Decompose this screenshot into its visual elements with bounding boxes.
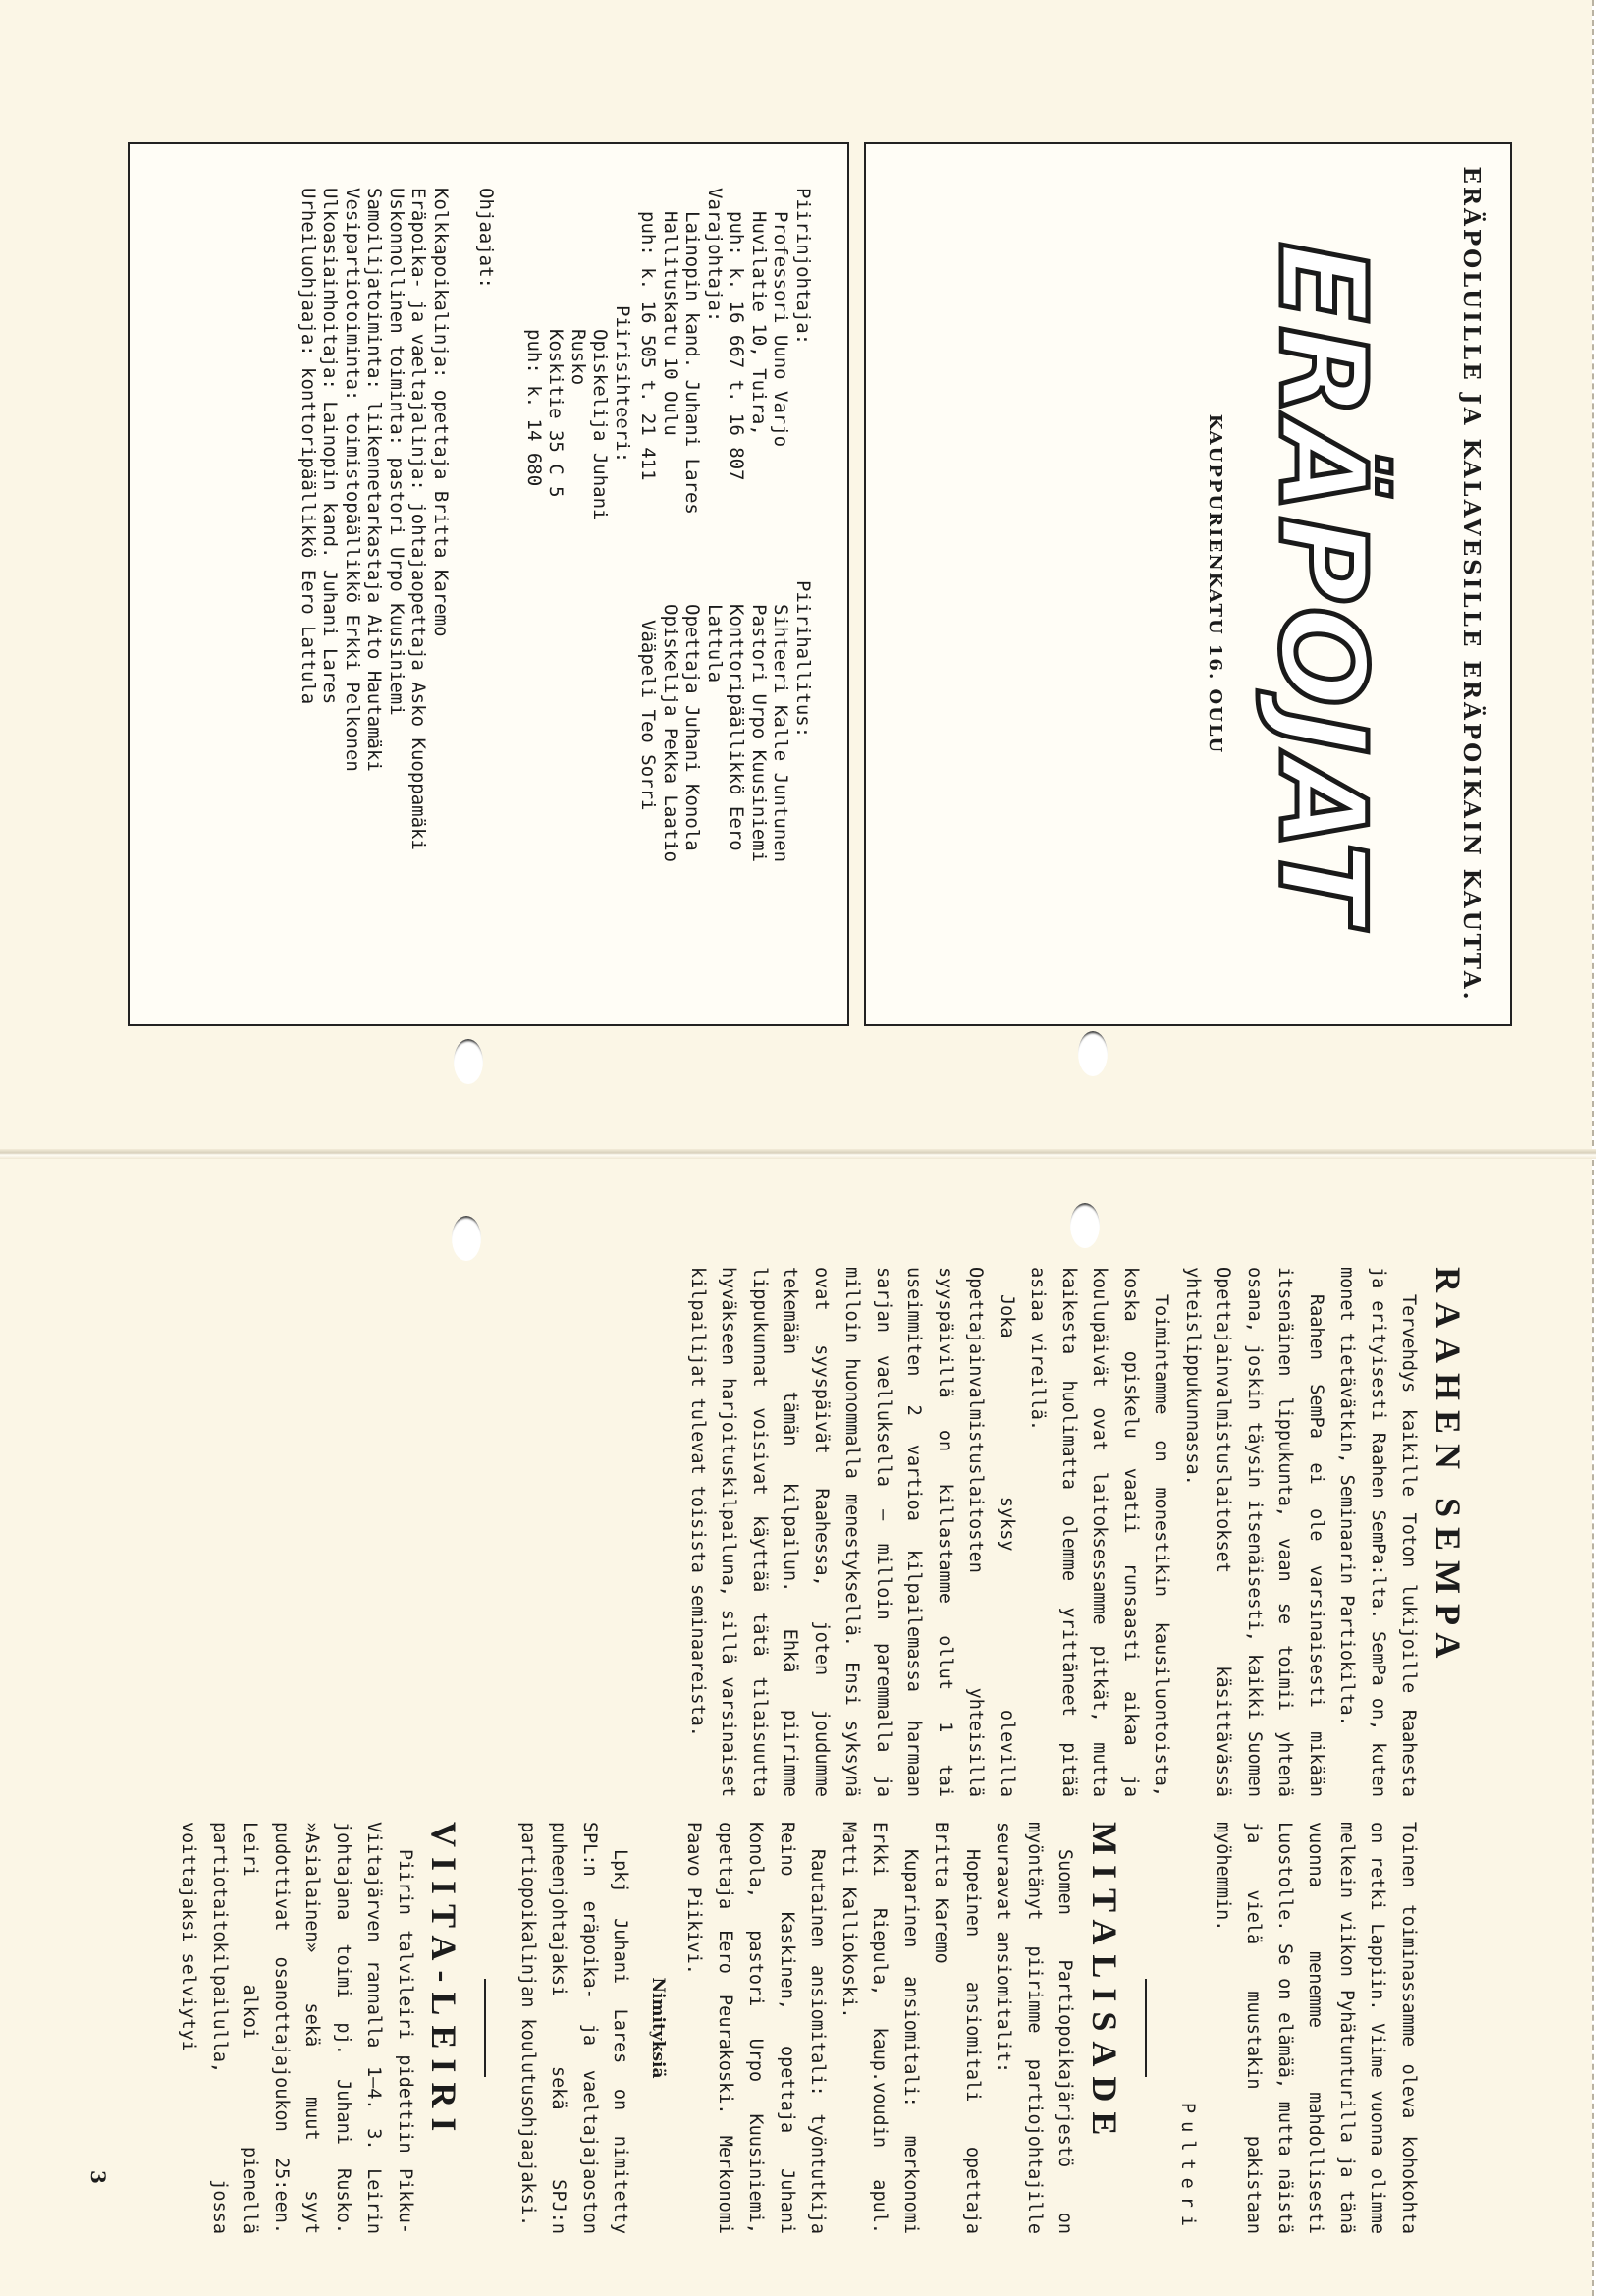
- piirihallitus-label: Piirihallitus:: [792, 580, 815, 973]
- headline-viita-leiri: VIITA-LEIRI: [428, 1822, 460, 2234]
- paragraph: Joka syksy olevilla Opettajainvalmistusl…: [682, 1267, 1023, 1797]
- piirisihteeri-line: Opiskelija Juhani Rusko: [568, 305, 612, 580]
- ohjaaja-line: Samoilijatoiminta: liikennetarkastaja Ai…: [363, 188, 386, 1024]
- paragraph: Suomen Partiopoikajärjestö on myöntänyt …: [988, 1822, 1081, 2234]
- varajohtaja-line: Hallituskatu 10 Oulu: [660, 188, 682, 580]
- leaders-column: Piirinjohtaja: Professori Uuno Varjo Huv…: [523, 188, 815, 580]
- piirihallitus-line: Opettaja Juhani Konola: [681, 580, 704, 973]
- headline-raahen-sempa: RAAHEN SEMPA: [1433, 1267, 1464, 1797]
- page-fold: [0, 1149, 1596, 1159]
- varajohtaja-label: Varajohtaja:: [704, 188, 727, 580]
- ohjaaja-line: Urheiluohjaaja: konttoripäällikkö Eero L…: [298, 188, 320, 1024]
- ohjaaja-line: Kolkkapoikalinja: opettaja Britta Karemo: [430, 188, 453, 1024]
- column-two: Toinen toiminassamme oleva kohokohta on …: [173, 1822, 1424, 2234]
- headline-mitalisade: MITALISADE: [1089, 1822, 1120, 2234]
- ohjaajat-label: Ohjaajat:: [475, 188, 498, 1024]
- ad-headline: ERÄPOLUILLE JA KALAVESILLE ERÄPOIKAIN KA…: [1458, 144, 1485, 1024]
- piirihallitus-line: Vääpeli Teo Sorri: [637, 580, 660, 973]
- piirinjohtaja-line: Professori Uuno Varjo: [770, 188, 792, 580]
- board-column: Piirihallitus: Sihteeri Kalle Juntunen P…: [523, 580, 815, 973]
- divider: [485, 1979, 487, 2077]
- piirisihteeri-line: puh: k. 14 680: [523, 305, 546, 580]
- piirinjohtaja-line: Huvilatie 10, Tuira,: [748, 188, 771, 580]
- varajohtaja-line: Lainopin kand. Juhani Lares: [681, 188, 704, 580]
- piirisihteeri-block: Piirisihteeri: Opiskelija Juhani Rusko K…: [523, 188, 634, 580]
- article-raahen-sempa: RAAHEN SEMPA Tervehdys kaikille Toton lu…: [682, 1267, 1464, 1797]
- piirihallitus-line: Konttoripäällikkö Eero: [726, 580, 748, 973]
- punch-hole: [1078, 1031, 1108, 1076]
- erapojat-logo: ERÄPOJAT: [1253, 144, 1389, 1024]
- ohjaaja-line: Eräpoika- ja vaeltajalinja: johtajaopett…: [407, 188, 430, 1024]
- paragraph: Tervehdys kaikille Toton lukijoille Raah…: [1331, 1267, 1425, 1797]
- piirihallitus-line: Opiskelija Pekka Laatio: [660, 580, 682, 973]
- punch-hole: [452, 1216, 481, 1261]
- scan-sheet-edge: [1592, 0, 1623, 2296]
- piirisihteeri-label: Piirisihteeri:: [612, 305, 634, 580]
- piirinjohtaja-line: puh: k. 16 667 t. 16 807: [726, 188, 748, 580]
- ohjaaja-line: Uskonnollinen toiminta: pastori Urpo Kuu…: [386, 188, 408, 1024]
- divider: [1145, 1979, 1147, 2077]
- piirinjohtaja-label: Piirinjohtaja:: [792, 188, 815, 580]
- paragraph: Kuparinen ansiomitali: merkonomi Erkki R…: [834, 1822, 927, 2234]
- signature: Pulteri: [1172, 1822, 1204, 2234]
- paragraph: Hopeinen ansiomitali opettaja Britta Kar…: [926, 1822, 988, 2234]
- varajohtaja-line: puh: k. 16 505 t. 21 411: [637, 188, 660, 580]
- paragraph: Raahen SemPa ei ole varsinaisesti mikään…: [1177, 1267, 1332, 1797]
- piirihallitus-line: Pastori Urpo Kuusiniemi: [748, 580, 771, 973]
- paragraph-continued: Toinen toiminassamme oleva kohokohta on …: [1208, 1822, 1425, 2234]
- punch-hole: [454, 1039, 483, 1084]
- piirihallitus-line: Sihteeri Kalle Juntunen: [770, 580, 792, 973]
- punch-hole: [1070, 1203, 1100, 1248]
- ohjaaja-line: Ulkoasiainhoitaja: Lainopin kand. Juhani…: [319, 188, 342, 1024]
- ohjaaja-line: Vesipartiotoiminta: toimistopäällikkö Er…: [342, 188, 364, 1024]
- paragraph: Rautainen ansiomitali: työntutkija Reino…: [678, 1822, 834, 2234]
- paragraph: Toimintamme on monestikin kausiluontoist…: [1022, 1267, 1177, 1797]
- ad-address: KAUPPURIENKATU 16. OULU: [1205, 144, 1225, 1024]
- piirihallitus-line: Lattula: [704, 580, 727, 973]
- page-number: 3: [86, 2170, 110, 2184]
- erapojat-advertisement: ERÄPOLUILLE JA KALAVESILLE ERÄPOIKAIN KA…: [864, 142, 1512, 1026]
- ohjaajat-block: Ohjaajat: Kolkkapoikalinja: opettaja Bri…: [298, 188, 498, 1024]
- subhead-nimityksia: Nimityksiä: [642, 1822, 674, 2234]
- piirisihteeri-line: Koskitie 35 C 5: [545, 305, 568, 580]
- paragraph: Lpkj Juhani Lares on nimitetty SPL:n erä…: [513, 1822, 636, 2234]
- paragraph: Piirin talvileiri pidettiin Pikku-Viitaj…: [173, 1822, 420, 2234]
- district-directory: Piirinjohtaja: Professori Uuno Varjo Huv…: [128, 142, 849, 1026]
